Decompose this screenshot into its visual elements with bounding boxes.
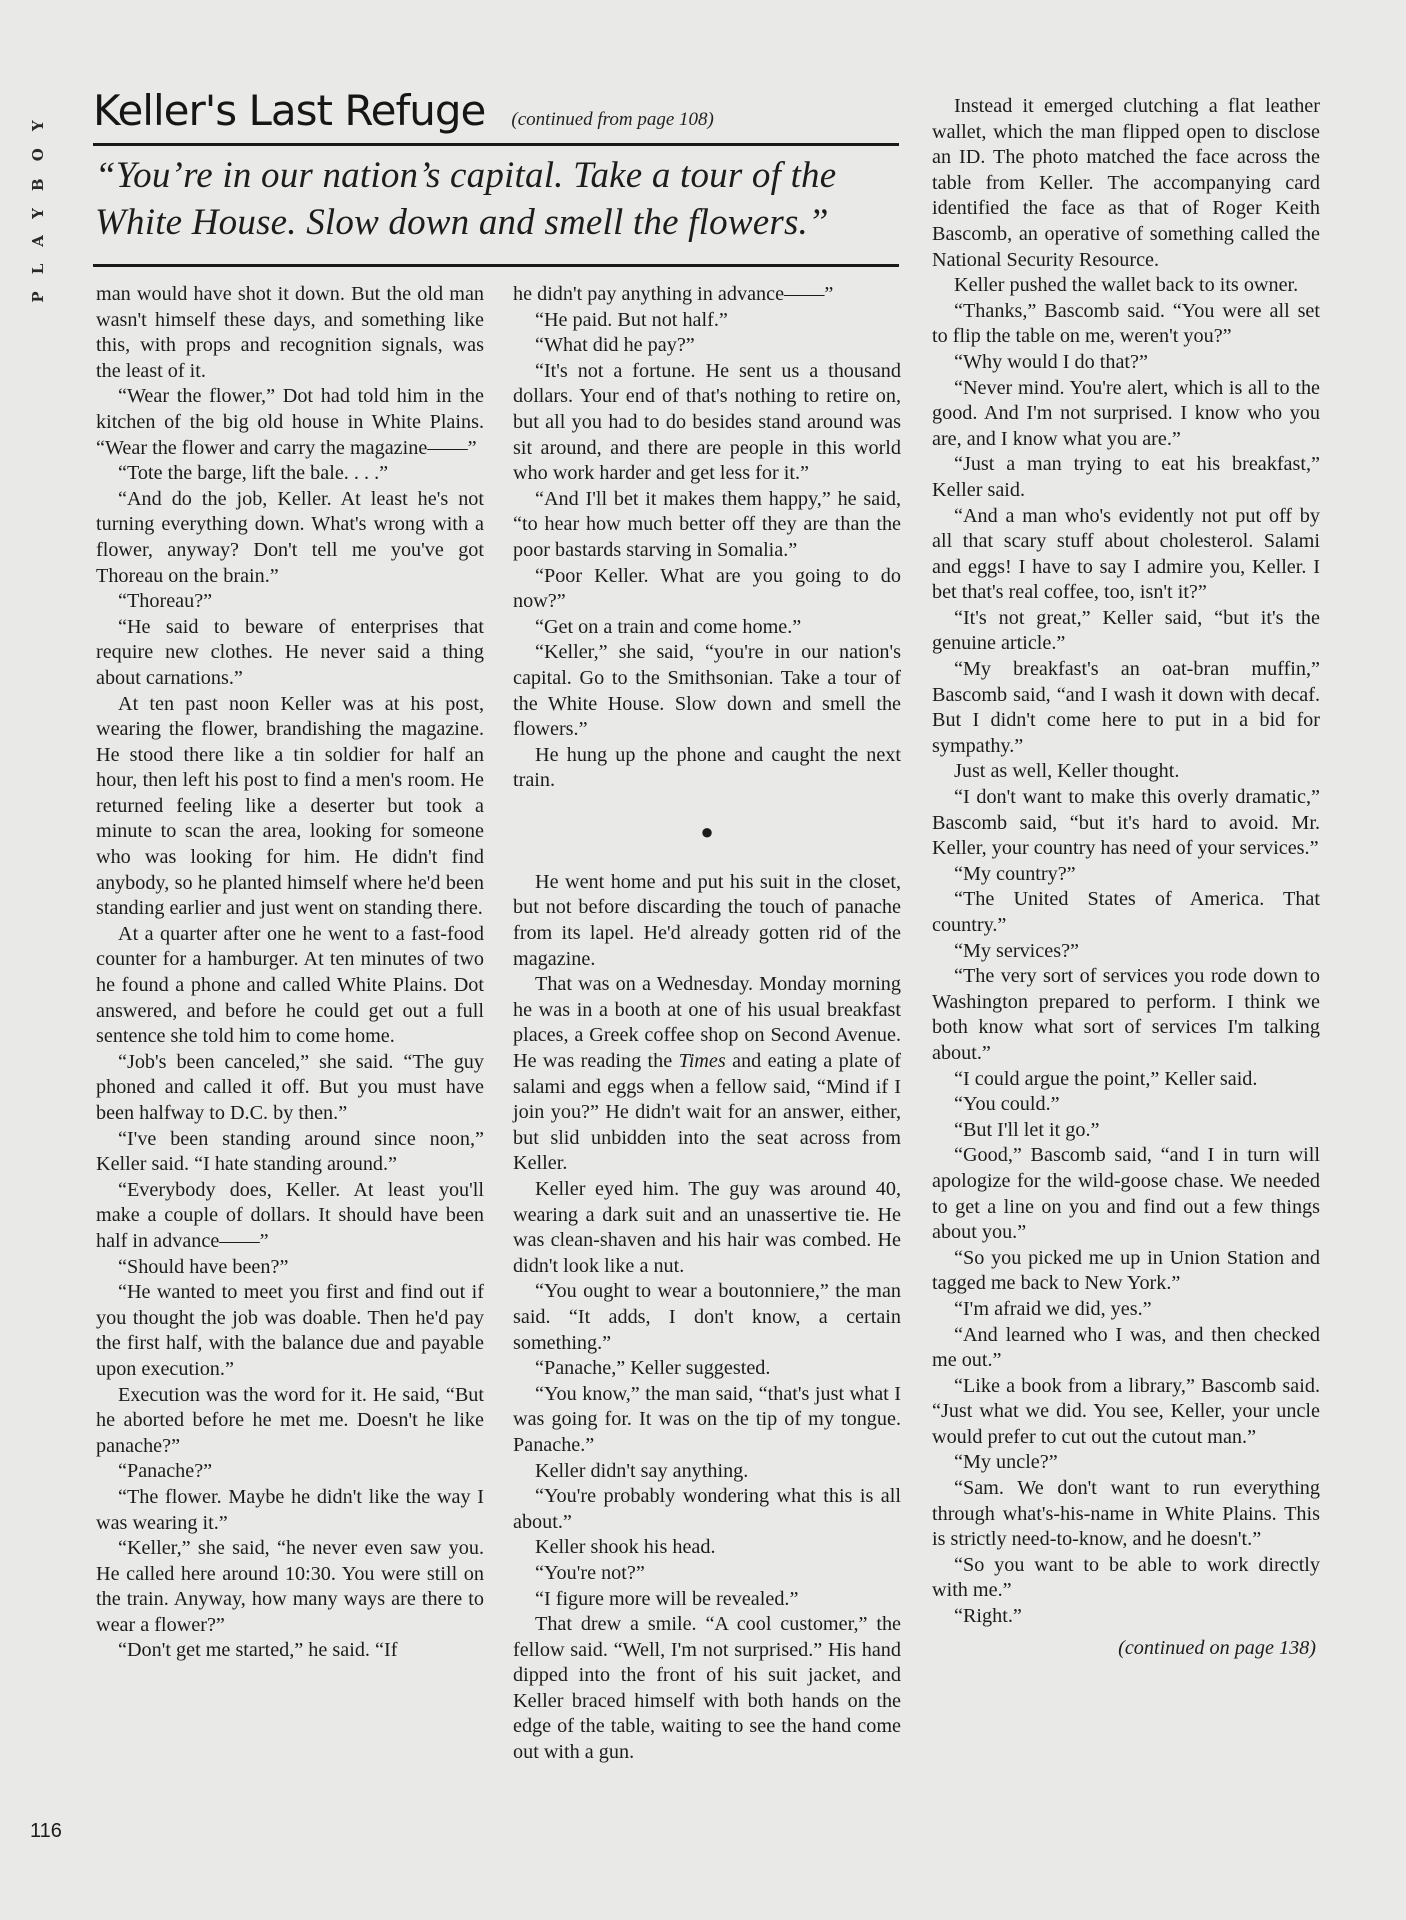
paragraph: “Never mind. You're alert, which is all … — [932, 376, 1320, 453]
paragraph: “Just a man trying to eat his breakfast,… — [932, 452, 1320, 503]
paragraph: “You ought to wear a boutonniere,” the m… — [513, 1279, 901, 1356]
paragraph: Keller eyed him. The guy was around 40, … — [513, 1177, 901, 1279]
paragraph: “I figure more will be revealed.” — [513, 1587, 901, 1613]
paragraph: “Wear the flower,” Dot had told him in t… — [96, 384, 484, 461]
paragraph: “Panache?” — [96, 1459, 484, 1485]
paragraph: “You could.” — [932, 1092, 1320, 1118]
paragraph: “Why would I do that?” — [932, 350, 1320, 376]
paragraph: “Thanks,” Bascomb said. “You were all se… — [932, 299, 1320, 350]
article-header: Keller's Last Refuge (continued from pag… — [93, 86, 899, 135]
column-3: Instead it emerged clutching a flat leat… — [932, 94, 1320, 1661]
paragraph: He hung up the phone and caught the next… — [513, 743, 901, 794]
paragraph: “Like a book from a library,” Bascomb sa… — [932, 1374, 1320, 1451]
magazine-name-text: PLAYBOY — [29, 103, 47, 302]
paragraph: “You know,” the man said, “that's just w… — [513, 1382, 901, 1459]
header-rule-bottom — [93, 264, 899, 267]
paragraph: At a quarter after one he went to a fast… — [96, 922, 484, 1050]
continued-on-note: (continued on page 138) — [932, 1636, 1320, 1662]
paragraph: “What did he pay?” — [513, 333, 901, 359]
header-rule-top — [93, 143, 899, 146]
paragraph: “Good,” Bascomb said, “and I in turn wil… — [932, 1143, 1320, 1245]
page-number: 116 — [30, 1820, 62, 1843]
paragraph: “I could argue the point,” Keller said. — [932, 1067, 1320, 1093]
paragraph: “Get on a train and come home.” — [513, 615, 901, 641]
column-1: man would have shot it down. But the old… — [96, 282, 484, 1664]
pull-quote: “You’re in our nation’s capital. Take a … — [95, 152, 901, 246]
paragraph: “My uncle?” — [932, 1450, 1320, 1476]
paragraph: Just as well, Keller thought. — [932, 759, 1320, 785]
paragraph: “The very sort of services you rode down… — [932, 964, 1320, 1066]
paragraph: At ten past noon Keller was at his post,… — [96, 692, 484, 922]
paragraph: That drew a smile. “A cool customer,” th… — [513, 1612, 901, 1766]
paragraph: “It's not great,” Keller said, “but it's… — [932, 606, 1320, 657]
paragraph: “Poor Keller. What are you going to do n… — [513, 564, 901, 615]
paragraph: “He paid. But not half.” — [513, 308, 901, 334]
paragraph: “Sam. We don't want to run everything th… — [932, 1476, 1320, 1553]
article-title: Keller's Last Refuge — [93, 86, 485, 135]
paragraph: “And I'll bet it makes them happy,” he s… — [513, 487, 901, 564]
paragraph: “But I'll let it go.” — [932, 1118, 1320, 1144]
paragraph: he didn't pay anything in advance——” — [513, 282, 901, 308]
paragraph: “You're not?” — [513, 1561, 901, 1587]
paragraph: Keller didn't say anything. — [513, 1459, 901, 1485]
paragraph: “Keller,” she said, “you're in our natio… — [513, 640, 901, 742]
paragraph: “Keller,” she said, “he never even saw y… — [96, 1536, 484, 1638]
paragraph: “I'm afraid we did, yes.” — [932, 1297, 1320, 1323]
magazine-name-vertical: PLAYBOY — [22, 95, 54, 310]
paragraph: “Should have been?” — [96, 1255, 484, 1281]
paragraph: “Don't get me started,” he said. “If — [96, 1638, 484, 1664]
paragraph: “He wanted to meet you first and find ou… — [96, 1280, 484, 1382]
paragraph: “My breakfast's an oat-bran muffin,” Bas… — [932, 657, 1320, 759]
section-break-bullet-icon: ● — [513, 794, 901, 870]
publication-title: Times — [679, 1050, 726, 1072]
paragraph: “So you want to be able to work directly… — [932, 1553, 1320, 1604]
column-2: he didn't pay anything in advance——” “He… — [513, 282, 901, 1766]
continued-from-note: (continued from page 108) — [511, 109, 713, 131]
paragraph: “He said to beware of enterprises that r… — [96, 615, 484, 692]
paragraph: Instead it emerged clutching a flat leat… — [932, 94, 1320, 273]
paragraph: “And do the job, Keller. At least he's n… — [96, 487, 484, 589]
paragraph: Keller shook his head. — [513, 1535, 901, 1561]
paragraph: “Panache,” Keller suggested. — [513, 1356, 901, 1382]
paragraph: “And learned who I was, and then checked… — [932, 1323, 1320, 1374]
paragraph: That was on a Wednesday. Monday morning … — [513, 972, 901, 1177]
paragraph: “The flower. Maybe he didn't like the wa… — [96, 1485, 484, 1536]
paragraph: Keller pushed the wallet back to its own… — [932, 273, 1320, 299]
paragraph: “So you picked me up in Union Station an… — [932, 1246, 1320, 1297]
paragraph: “The United States of America. That coun… — [932, 887, 1320, 938]
paragraph: man would have shot it down. But the old… — [96, 282, 484, 384]
paragraph: He went home and put his suit in the clo… — [513, 870, 901, 972]
paragraph: “Thoreau?” — [96, 589, 484, 615]
paragraph: “I don't want to make this overly dramat… — [932, 785, 1320, 862]
paragraph: Execution was the word for it. He said, … — [96, 1383, 484, 1460]
paragraph: “My services?” — [932, 939, 1320, 965]
paragraph: “Job's been canceled,” she said. “The gu… — [96, 1050, 484, 1127]
paragraph: “And a man who's evidently not put off b… — [932, 504, 1320, 606]
paragraph: “Everybody does, Keller. At least you'll… — [96, 1178, 484, 1255]
paragraph: “My country?” — [932, 862, 1320, 888]
paragraph: “I've been standing around since noon,” … — [96, 1127, 484, 1178]
paragraph: “You're probably wondering what this is … — [513, 1484, 901, 1535]
paragraph: “Right.” — [932, 1604, 1320, 1630]
paragraph: “It's not a fortune. He sent us a thousa… — [513, 359, 901, 487]
paragraph: “Tote the barge, lift the bale. . . .” — [96, 461, 484, 487]
